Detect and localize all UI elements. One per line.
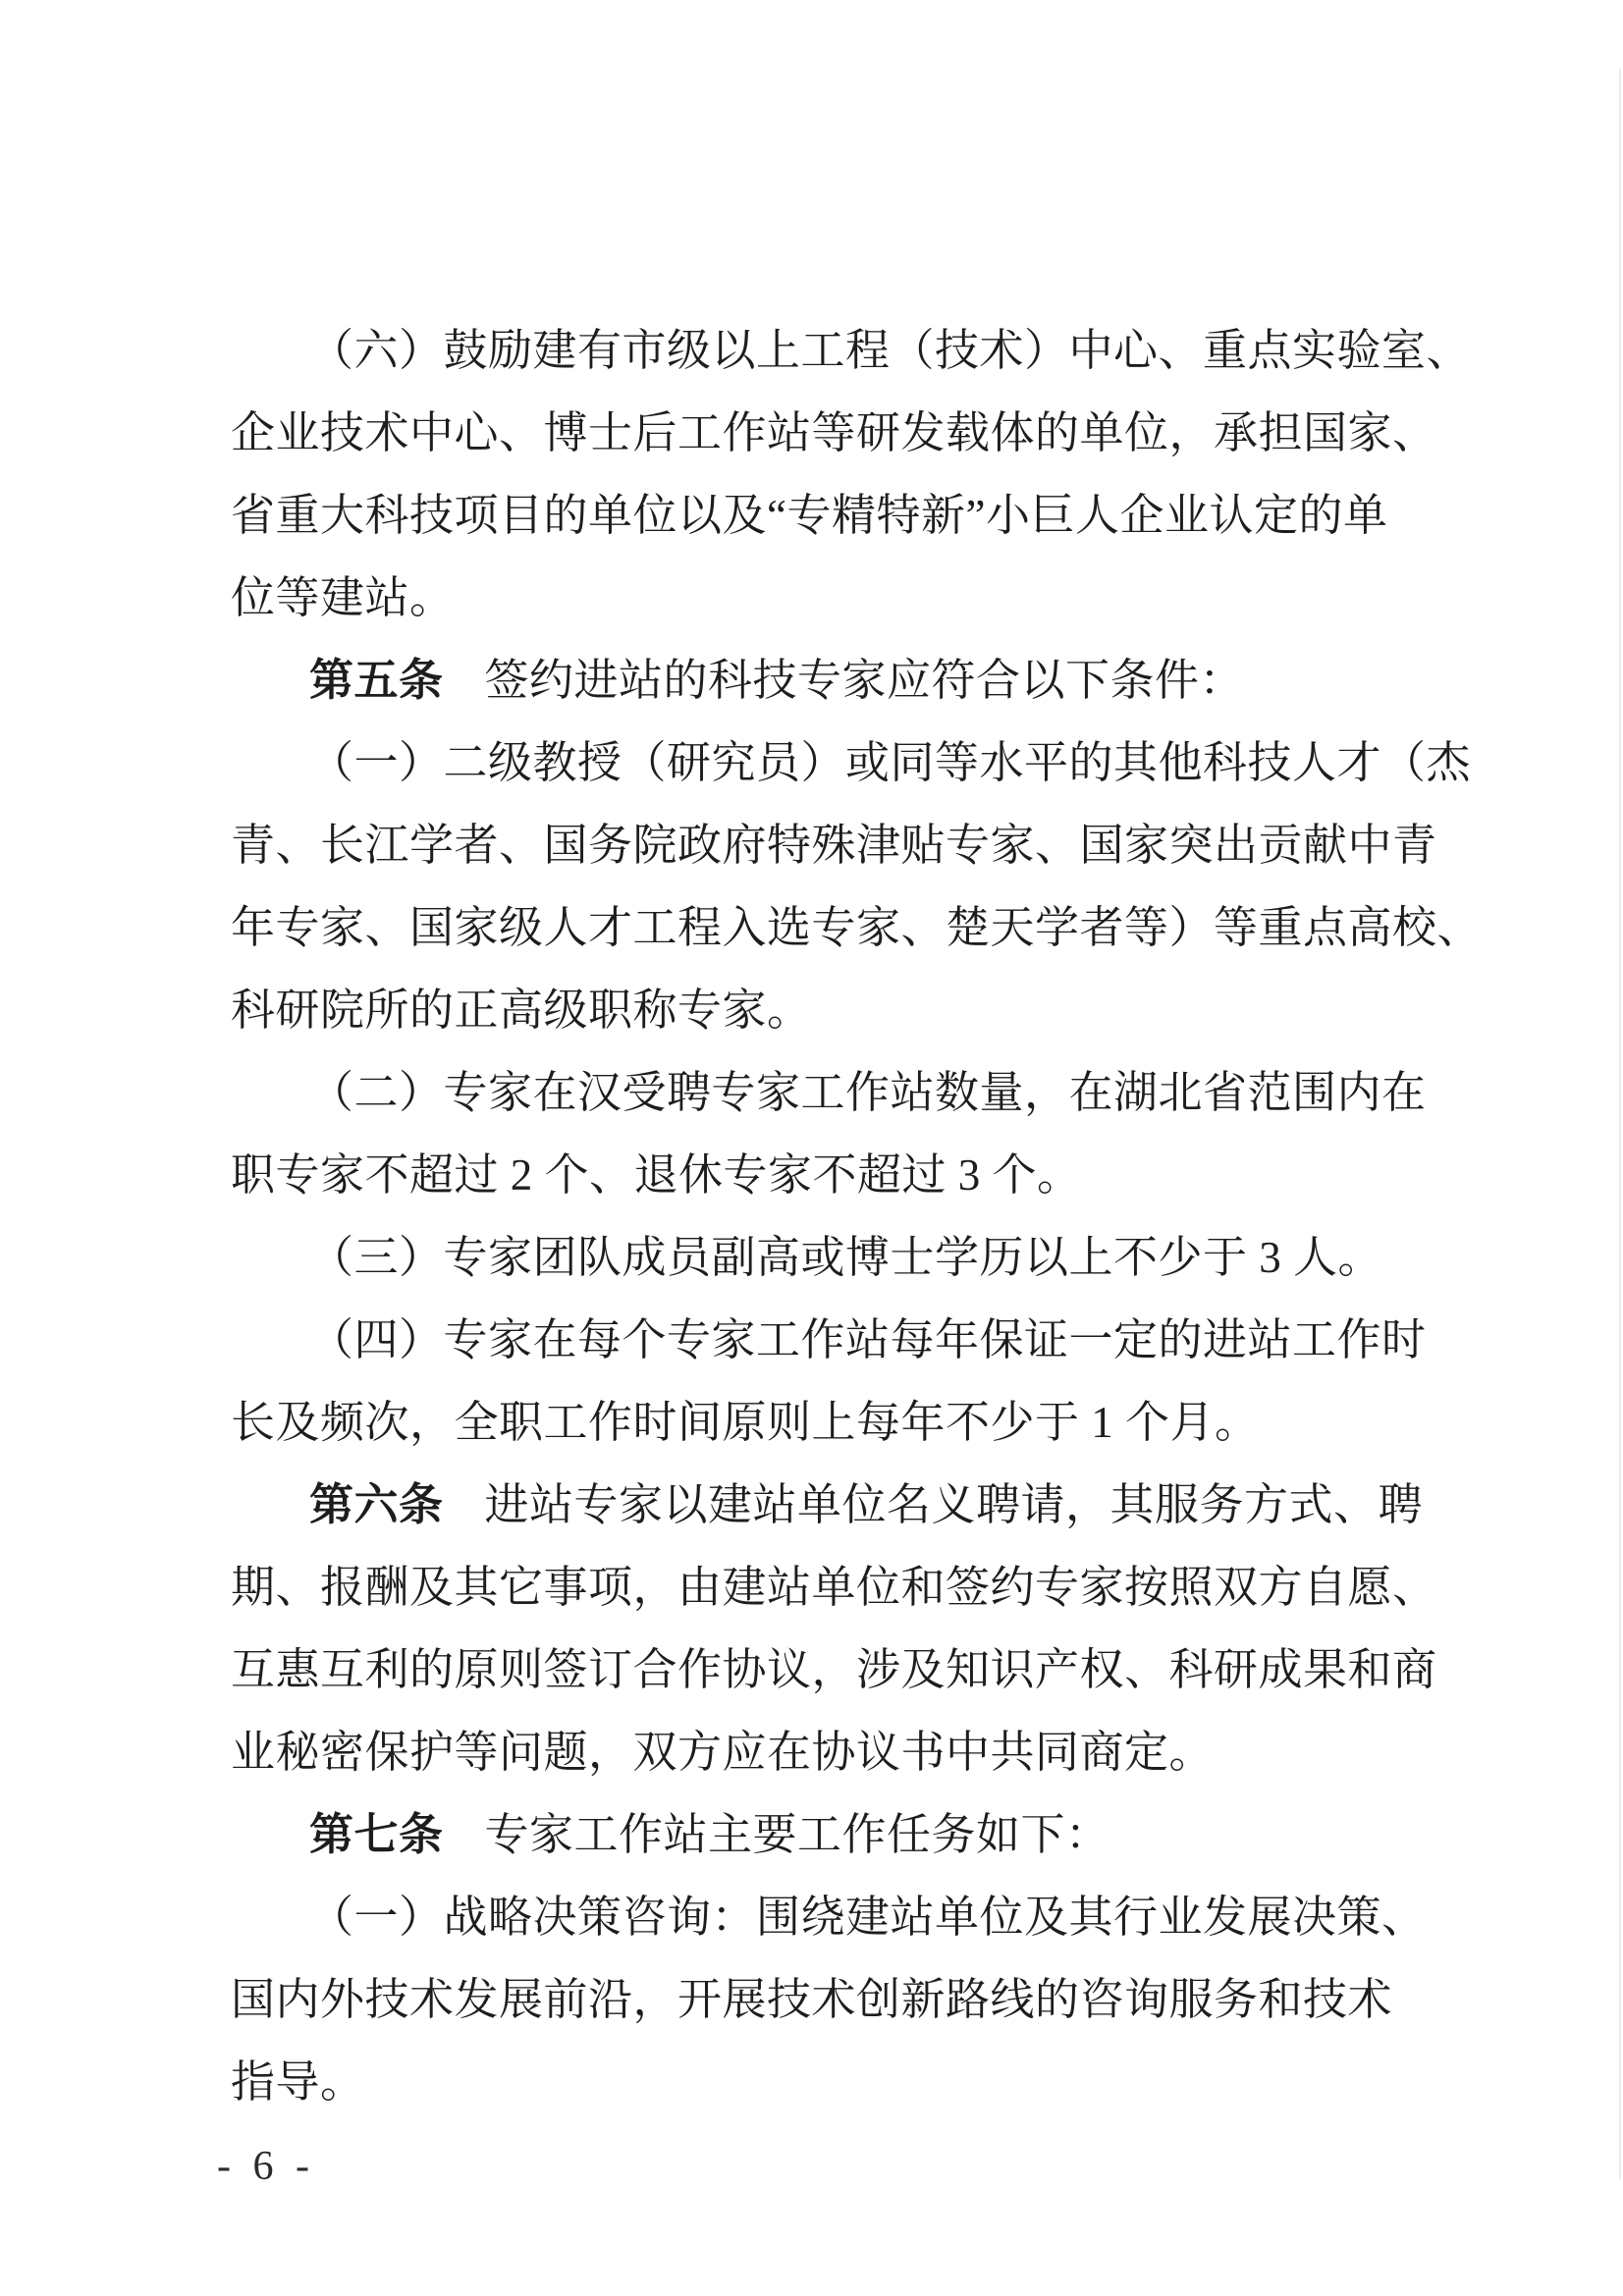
line-text: 期、报酬及其它事项，由建站单位和签约专家按照双方自愿、 <box>231 1563 1437 1612</box>
line-text: 省重大科技项目的单位以及“专精特新”小巨人企业认定的单 <box>231 491 1387 540</box>
line-text: 位等建站。 <box>231 573 455 622</box>
line-text: （三）专家团队成员副高或博士学历以上不少于 3 人。 <box>309 1233 1382 1282</box>
line-text: （二）专家在汉受聘专家工作站数量，在湖北省范围内在 <box>309 1068 1427 1117</box>
line-text: 企业技术中心、博士后工作站等研发载体的单位，承担国家、 <box>231 408 1437 457</box>
line-text: 青、长江学者、国务院政府特殊津贴专家、国家突出贡献中青 <box>231 821 1437 870</box>
text-line: 业秘密保护等问题，双方应在协议书中共同商定。 <box>231 1711 1478 1793</box>
text-line: 第五条签约进站的科技专家应符合以下条件： <box>231 639 1478 721</box>
text-line: （二）专家在汉受聘专家工作站数量，在湖北省范围内在 <box>231 1051 1478 1134</box>
scan-edge-artifact <box>1619 69 1621 2179</box>
text-line: 第六条进站专家以建站单位名义聘请，其服务方式、聘 <box>231 1464 1478 1546</box>
text-line: （一）战略决策咨询：围绕建站单位及其行业发展决策、 <box>231 1876 1478 1958</box>
text-line: 互惠互利的原则签订合作协议，涉及知识产权、科研成果和商 <box>231 1629 1478 1711</box>
line-text: 指导。 <box>231 2057 365 2107</box>
document-page: （六）鼓励建有市级以上工程（技术）中心、重点实验室、企业技术中心、博士后工作站等… <box>0 0 1623 2296</box>
line-text: （一）战略决策咨询：围绕建站单位及其行业发展决策、 <box>309 1893 1427 1942</box>
page-number: - 6 - <box>217 2143 315 2190</box>
text-line: 第七条专家工作站主要工作任务如下： <box>231 1793 1478 1876</box>
text-line: 年专家、国家级人才工程入选专家、楚天学者等）等重点高校、 <box>231 886 1478 969</box>
document-body: （六）鼓励建有市级以上工程（技术）中心、重点实验室、企业技术中心、博士后工作站等… <box>231 309 1478 2123</box>
text-line: 位等建站。 <box>231 557 1478 639</box>
text-line: （一）二级教授（研究员）或同等水平的其他科技人才（杰 <box>231 721 1478 804</box>
line-text: 业秘密保护等问题，双方应在协议书中共同商定。 <box>231 1728 1214 1777</box>
text-line: 长及频次，全职工作时间原则上每年不少于 1 个月。 <box>231 1381 1478 1464</box>
article-number-heading: 第七条 <box>309 1810 444 1859</box>
text-line: 企业技术中心、博士后工作站等研发载体的单位，承担国家、 <box>231 392 1478 474</box>
line-text: （一）二级教授（研究员）或同等水平的其他科技人才（杰 <box>309 738 1471 787</box>
text-line: 省重大科技项目的单位以及“专精特新”小巨人企业认定的单 <box>231 474 1478 557</box>
line-text: 进站专家以建站单位名义聘请，其服务方式、聘 <box>485 1480 1424 1529</box>
line-text: 国内外技术发展前沿，开展技术创新路线的咨询服务和技术 <box>231 1975 1392 2024</box>
article-number-heading: 第六条 <box>309 1480 444 1529</box>
text-line: 指导。 <box>231 2041 1478 2123</box>
line-text: 专家工作站主要工作任务如下： <box>485 1810 1110 1859</box>
line-text: 年专家、国家级人才工程入选专家、楚天学者等）等重点高校、 <box>231 903 1482 952</box>
text-line: 科研院所的正高级职称专家。 <box>231 969 1478 1051</box>
text-line: （四）专家在每个专家工作站每年保证一定的进站工作时 <box>231 1299 1478 1381</box>
text-line: 青、长江学者、国务院政府特殊津贴专家、国家突出贡献中青 <box>231 804 1478 886</box>
line-text: 职专家不超过 2 个、退休专家不超过 3 个。 <box>231 1150 1082 1200</box>
text-line: 职专家不超过 2 个、退休专家不超过 3 个。 <box>231 1134 1478 1216</box>
text-line: （六）鼓励建有市级以上工程（技术）中心、重点实验室、 <box>231 309 1478 392</box>
line-text: 互惠互利的原则签订合作协议，涉及知识产权、科研成果和商 <box>231 1645 1437 1694</box>
article-number-heading: 第五条 <box>309 656 444 705</box>
line-text: （四）专家在每个专家工作站每年保证一定的进站工作时 <box>309 1315 1427 1364</box>
line-text: 科研院所的正高级职称专家。 <box>231 986 812 1035</box>
text-line: 国内外技术发展前沿，开展技术创新路线的咨询服务和技术 <box>231 1958 1478 2041</box>
line-text: （六）鼓励建有市级以上工程（技术）中心、重点实验室、 <box>309 326 1471 375</box>
text-line: （三）专家团队成员副高或博士学历以上不少于 3 人。 <box>231 1216 1478 1299</box>
line-text: 签约进站的科技专家应符合以下条件： <box>485 656 1245 705</box>
line-text: 长及频次，全职工作时间原则上每年不少于 1 个月。 <box>231 1398 1260 1447</box>
text-line: 期、报酬及其它事项，由建站单位和签约专家按照双方自愿、 <box>231 1546 1478 1629</box>
